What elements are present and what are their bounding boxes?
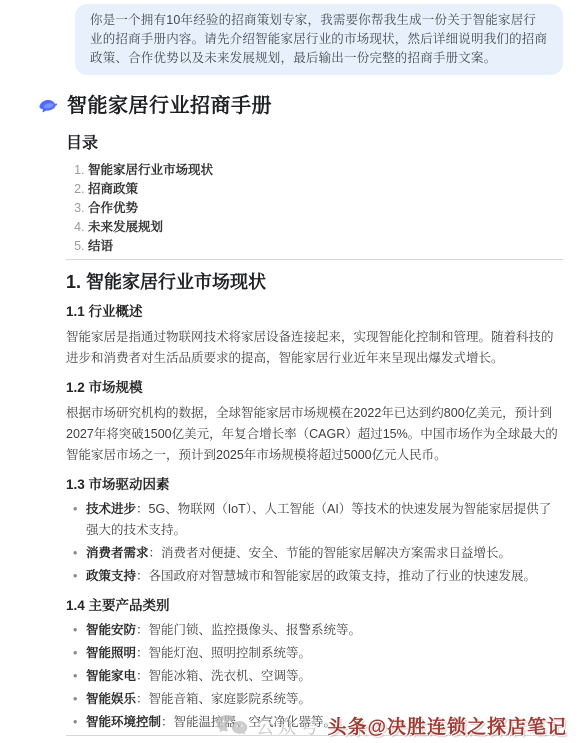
- product-categories-list: 智能安防：智能门锁、监控摄像头、报警系统等。 智能照明：智能灯泡、照明控制系统等…: [66, 620, 563, 733]
- toc-item: 智能家居行业市场现状: [88, 163, 563, 177]
- toc-item: 招商政策: [88, 182, 563, 196]
- section-1-heading: 1. 智能家居行业市场现状: [66, 271, 563, 293]
- market-drivers-list: 技术进步：5G、物联网（IoT）、人工智能（AI）等技术的快速发展为智能家居提供…: [66, 499, 563, 587]
- user-message-bubble: 你是一个拥有10年经验的招商策划专家，我需要你帮我生成一份关于智能家居行业的招商…: [75, 4, 563, 75]
- divider: [66, 259, 563, 260]
- list-item: 技术进步：5G、物联网（IoT）、人工智能（AI）等技术的快速发展为智能家居提供…: [66, 499, 563, 541]
- toc-item: 合作优势: [88, 201, 563, 215]
- toc-list: 智能家居行业市场现状 招商政策 合作优势 未来发展规划 结语: [66, 163, 563, 253]
- subsection-1-1-body: 智能家居是指通过物联网技术将家居设备连接起来，实现智能化控制和管理。随着科技的进…: [66, 327, 563, 369]
- toc-item: 未来发展规划: [88, 220, 563, 234]
- subsection-1-1-heading: 1.1 行业概述: [66, 303, 563, 320]
- toc-item: 结语: [88, 239, 563, 253]
- user-message-text: 你是一个拥有10年经验的招商策划专家，我需要你帮我生成一份关于智能家居行业的招商…: [90, 13, 547, 65]
- chat-page: 你是一个拥有10年经验的招商策划专家，我需要你帮我生成一份关于智能家居行业的招商…: [0, 0, 585, 743]
- subsection-1-3-heading: 1.3 市场驱动因素: [66, 476, 563, 493]
- subsection-1-2-heading: 1.2 市场规模: [66, 379, 563, 396]
- toc-heading: 目录: [66, 135, 563, 153]
- assistant-response: 智能家居行业招商手册 目录 智能家居行业市场现状 招商政策 合作优势 未来发展规…: [0, 95, 585, 736]
- list-item: 智能家电：智能冰箱、洗衣机、空调等。: [66, 666, 563, 687]
- deepseek-whale-icon: [38, 98, 58, 115]
- list-item: 智能照明：智能灯泡、照明控制系统等。: [66, 643, 563, 664]
- list-item: 智能娱乐：智能音箱、家庭影院系统等。: [66, 689, 563, 710]
- document-title-row: 智能家居行业招商手册: [38, 95, 585, 117]
- list-item: 政策支持：各国政府对智慧城市和智能家居的政策支持，推动了行业的快速发展。: [66, 566, 563, 587]
- list-item: 智能环境控制：智能温控器、空气净化器等。: [66, 712, 563, 733]
- list-item: 消费者需求：消费者对便捷、安全、节能的智能家居解决方案需求日益增长。: [66, 543, 563, 564]
- markdown-body: 目录 智能家居行业市场现状 招商政策 合作优势 未来发展规划 结语 1. 智能家…: [66, 135, 563, 736]
- subsection-1-4-heading: 1.4 主要产品类别: [66, 597, 563, 614]
- list-item: 智能安防：智能门锁、监控摄像头、报警系统等。: [66, 620, 563, 641]
- divider: [66, 735, 563, 736]
- document-title: 智能家居行业招商手册: [67, 95, 272, 117]
- user-message-row: 你是一个拥有10年经验的招商策划专家，我需要你帮我生成一份关于智能家居行业的招商…: [75, 4, 563, 75]
- subsection-1-2-body: 根据市场研究机构的数据，全球智能家居市场规模在2022年已达到约800亿美元，预…: [66, 403, 563, 466]
